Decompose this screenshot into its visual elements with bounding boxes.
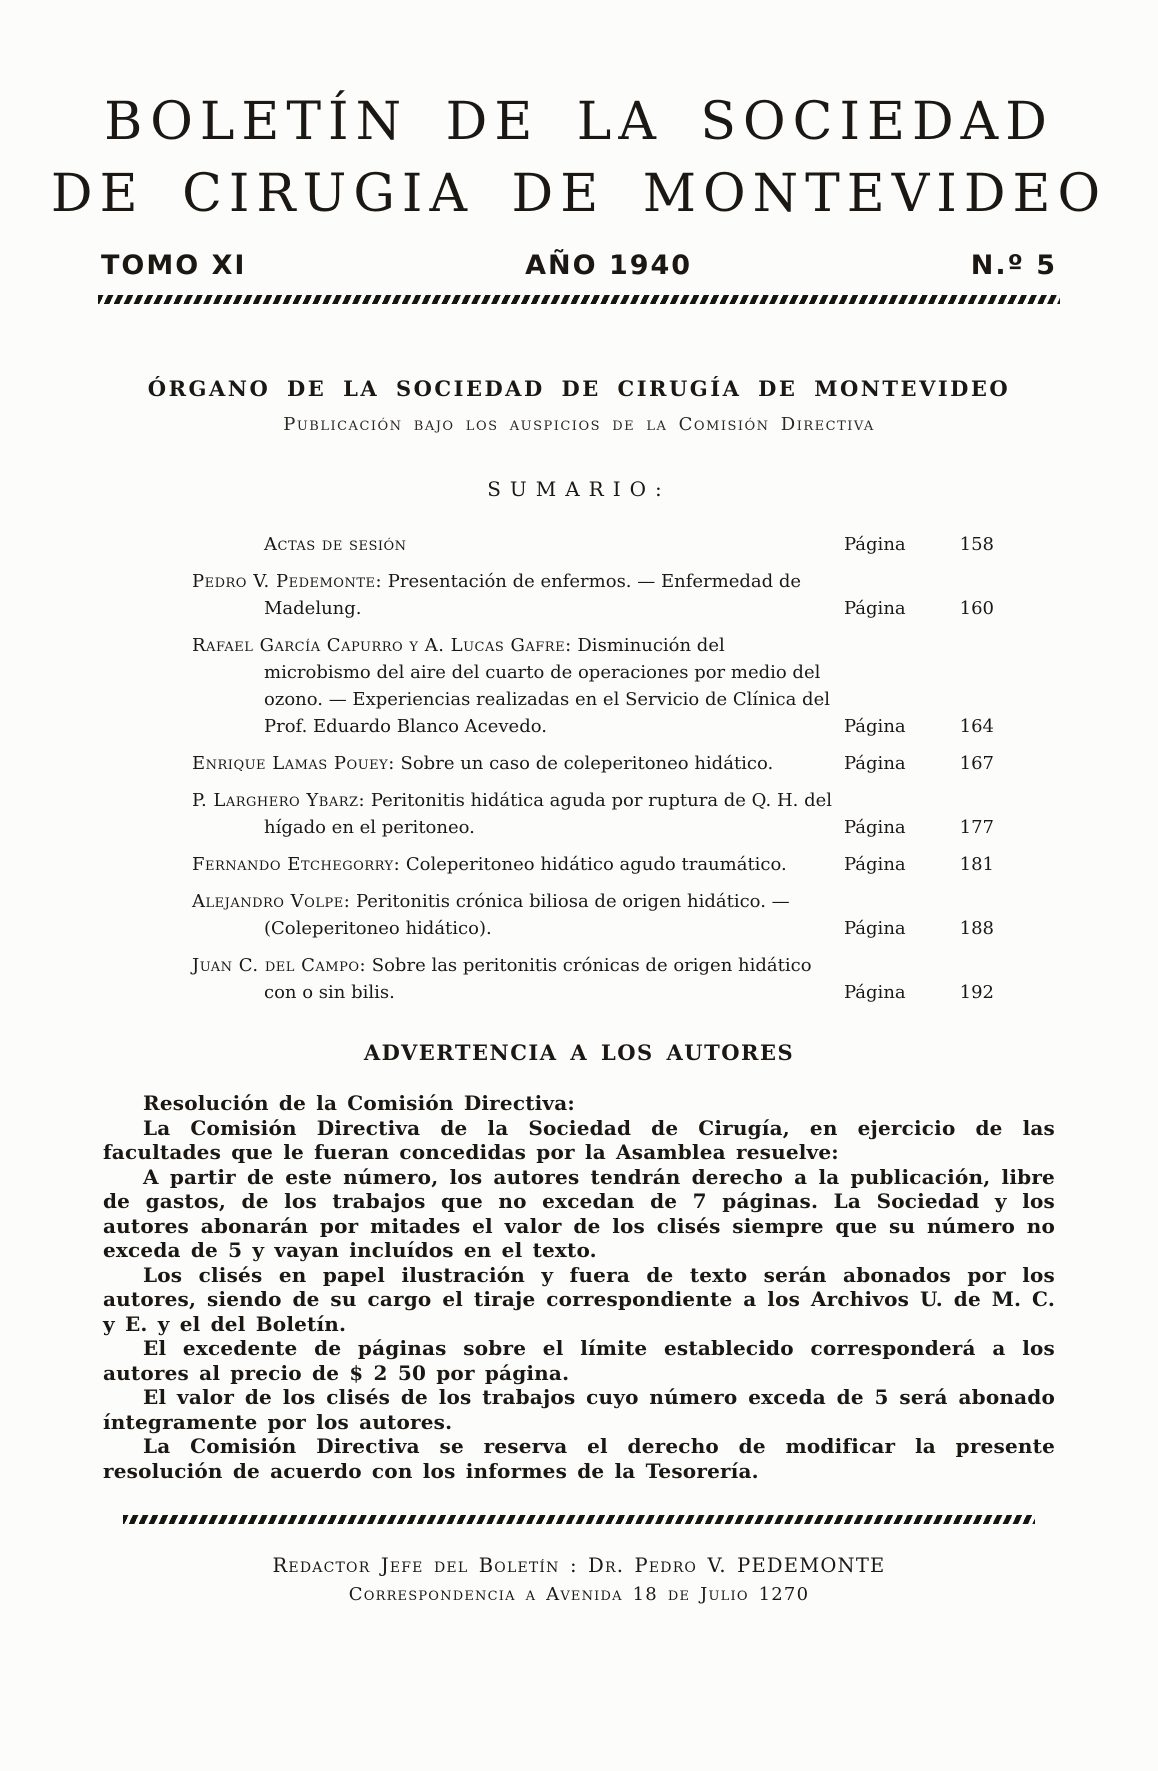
toc-entry-page: Página177	[844, 814, 994, 841]
toc-entry-title: Sobre un caso de coleperitoneo hidático.	[395, 753, 773, 774]
toc-entry-title: Coleperitoneo hidático agudo traumático.	[400, 854, 787, 875]
page-label: Página	[844, 713, 906, 740]
advertencia-body: Resolución de la Comisión Directiva:La C…	[103, 1091, 1055, 1483]
page-label: Página	[844, 851, 906, 878]
page: BOLETÍN DE LA SOCIEDAD DE CIRUGIA DE MON…	[0, 0, 1158, 1771]
journal-title-line2: DE CIRUGIA DE MONTEVIDEO	[0, 168, 1158, 220]
page-number: 160	[960, 595, 994, 622]
toc-entry: Actas de sesiónPágina158	[192, 531, 994, 558]
page-label: Página	[844, 979, 906, 1006]
page-label: Página	[844, 814, 906, 841]
advertencia-paragraph: La Comisión Directiva se reserva el dere…	[103, 1434, 1055, 1483]
toc-entry-text: Actas de sesión	[192, 531, 834, 558]
toc-entry-text: Enrique Lamas Pouey: Sobre un caso de co…	[192, 750, 834, 777]
page-number: 181	[960, 851, 994, 878]
toc-entry-page: Página160	[844, 595, 994, 622]
toc-entry-author: Juan C. del Campo:	[192, 955, 366, 976]
page-label: Página	[844, 750, 906, 777]
toc-entry: Fernando Etchegorry: Coleperitoneo hidát…	[192, 851, 994, 878]
toc-entry-author: Enrique Lamas Pouey:	[192, 753, 395, 774]
toc-entry-author: Alejandro Volpe:	[192, 891, 350, 912]
advertencia-paragraph: El valor de los clisés de los trabajos c…	[103, 1385, 1055, 1434]
toc-entry-page: Página164	[844, 713, 994, 740]
page-number: 158	[960, 531, 994, 558]
toc-entry-text: P. Larghero Ybarz: Peritonitis hidática …	[192, 787, 834, 841]
page-number: 192	[960, 979, 994, 1006]
toc-entry-author: Actas de sesión	[264, 534, 407, 555]
toc-entry-page: Página167	[844, 750, 994, 777]
page-number: 167	[960, 750, 994, 777]
volume-row: TOMO XI AÑO 1940 N.º 5	[101, 250, 1057, 281]
toc-entry-page: Página192	[844, 979, 994, 1006]
page-number: 188	[960, 915, 994, 942]
editor-line: Redactor Jefe del Boletín : Dr. Pedro V.…	[0, 1554, 1158, 1577]
organ-statement: ÓRGANO DE LA SOCIEDAD DE CIRUGÍA DE MONT…	[0, 376, 1158, 401]
page-label: Página	[844, 915, 906, 942]
advertencia-paragraph: El excedente de páginas sobre el límite …	[103, 1336, 1055, 1385]
toc-entry: Rafael García Capurro y A. Lucas Gafre: …	[192, 632, 994, 740]
publication-statement: Publicación bajo los auspicios de la Com…	[0, 414, 1158, 435]
toc-entry-author: Pedro V. Pedemonte:	[192, 571, 382, 592]
toc-entry-page: Página188	[844, 915, 994, 942]
toc-entry: Alejandro Volpe: Peritonitis crónica bil…	[192, 888, 994, 942]
toc-entry: Enrique Lamas Pouey: Sobre un caso de co…	[192, 750, 994, 777]
toc-entry-page: Página181	[844, 851, 994, 878]
advertencia-heading: ADVERTENCIA A LOS AUTORES	[0, 1040, 1158, 1065]
advertencia-paragraph: Resolución de la Comisión Directiva:	[103, 1091, 1055, 1116]
decorative-rule-top	[98, 295, 1060, 304]
page-number: 164	[960, 713, 994, 740]
toc-entry-author: Rafael García Capurro y A. Lucas Gafre:	[192, 635, 572, 656]
toc-entry-page: Página158	[844, 531, 994, 558]
toc-entry-text: Rafael García Capurro y A. Lucas Gafre: …	[192, 632, 834, 740]
advertencia-paragraph: Los clisés en papel ilustración y fuera …	[103, 1263, 1055, 1337]
issue-number-label: N.º 5	[971, 250, 1057, 281]
tomo-label: TOMO XI	[101, 250, 246, 281]
year-label: AÑO 1940	[525, 250, 692, 281]
advertencia-paragraph: A partir de este número, los autores ten…	[103, 1165, 1055, 1263]
page-label: Página	[844, 595, 906, 622]
sumario-list: Actas de sesiónPágina158Pedro V. Pedemon…	[192, 531, 994, 1006]
toc-entry-text: Juan C. del Campo: Sobre las peritonitis…	[192, 952, 834, 1006]
toc-entry-author: P. Larghero Ybarz:	[192, 790, 365, 811]
toc-entry: Juan C. del Campo: Sobre las peritonitis…	[192, 952, 994, 1006]
toc-entry-author: Fernando Etchegorry:	[192, 854, 400, 875]
toc-entry-text: Fernando Etchegorry: Coleperitoneo hidát…	[192, 851, 834, 878]
toc-entry: Pedro V. Pedemonte: Presentación de enfe…	[192, 568, 994, 622]
journal-title-line1: BOLETÍN DE LA SOCIEDAD	[0, 96, 1158, 148]
toc-entry-text: Pedro V. Pedemonte: Presentación de enfe…	[192, 568, 834, 622]
advertencia-paragraph: La Comisión Directiva de la Sociedad de …	[103, 1116, 1055, 1165]
toc-entry-text: Alejandro Volpe: Peritonitis crónica bil…	[192, 888, 834, 942]
page-number: 177	[960, 814, 994, 841]
correspondence-line: Correspondencia a Avenida 18 de Julio 12…	[0, 1584, 1158, 1605]
sumario-heading: SUMARIO:	[0, 477, 1158, 501]
toc-entry: P. Larghero Ybarz: Peritonitis hidática …	[192, 787, 994, 841]
page-label: Página	[844, 531, 906, 558]
decorative-rule-bottom	[123, 1515, 1035, 1524]
